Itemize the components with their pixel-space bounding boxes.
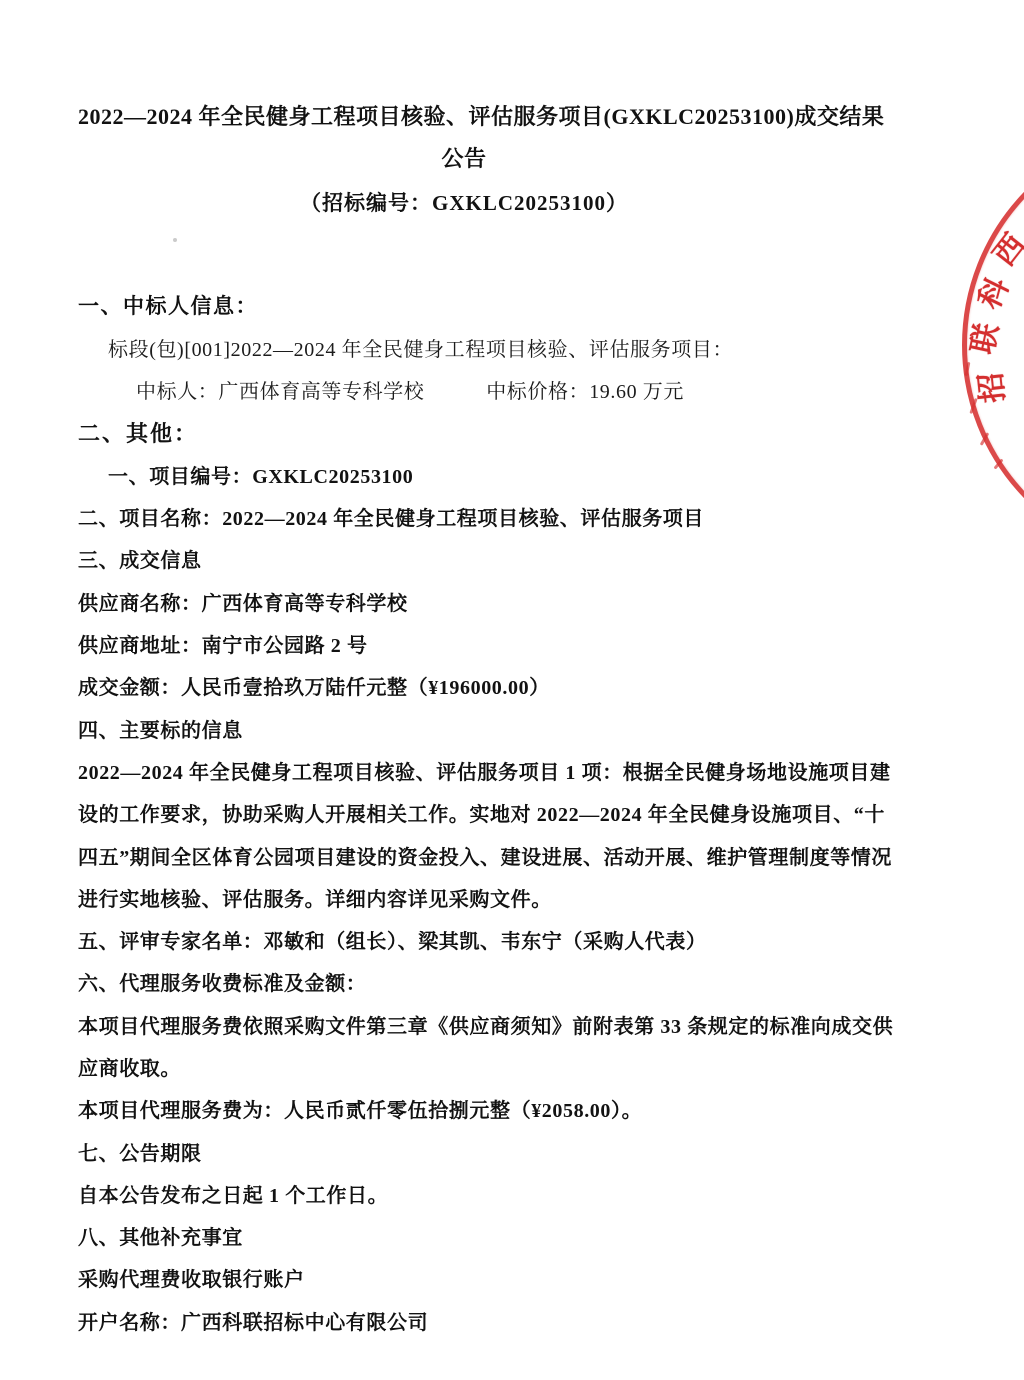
title-block: 2022—2024 年全民健身工程项目核验、评估服务项目(GXKLC202531… <box>78 96 850 224</box>
subject-matter-paragraph-line-2: 设的工作要求，协助采购人开展相关工作。实地对 2022—2024 年全民健身设施… <box>78 792 868 834</box>
subject-matter-paragraph-line-1: 2022—2024 年全民健身工程项目核验、评估服务项目 1 项：根据全民健身场… <box>78 749 868 791</box>
project-name-line: 二、项目名称：2022—2024 年全民健身工程项目核验、评估服务项目 <box>78 495 868 537</box>
subject-matter-paragraph-line-3: 四五”期间全区体育公园项目建设的资金投入、建设进展、活动开展、维护管理制度等情况 <box>78 834 868 876</box>
lot-package-line: 标段(包)[001]2022—2024 年全民健身工程项目核验、评估服务项目： <box>78 326 868 368</box>
document-body: 一、中标人信息： 标段(包)[001]2022—2024 年全民健身工程项目核验… <box>78 284 868 1341</box>
subject-matter-paragraph-line-4: 进行实地核验、评估服务。详细内容详见采购文件。 <box>78 876 868 918</box>
heading-subject-matter: 四、主要标的信息 <box>78 707 868 749</box>
seal-character: 招 <box>966 371 1013 405</box>
heading-transaction-info: 三、成交信息 <box>78 538 868 580</box>
agency-fee-basis-line-1: 本项目代理服务费依照采购文件第三章《供应商须知》前附表第 33 条规定的标准向成… <box>78 1003 868 1045</box>
agency-fee-amount-line: 本项目代理服务费为：人民币贰仟零伍拾捌元整（¥2058.00）。 <box>78 1088 868 1130</box>
review-experts-line: 五、评审专家名单：邓敏和（组长）、梁其凯、韦东宁（采购人代表） <box>78 918 868 960</box>
supplier-name-line: 供应商名称：广西体育高等专科学校 <box>78 580 868 622</box>
heading-other: 二、其他： <box>78 411 868 453</box>
project-number-line: 一、项目编号：GXKLC20253100 <box>78 453 868 495</box>
bank-account-title-line: 采购代理费收取银行账户 <box>78 1257 868 1299</box>
heading-agency-fee: 六、代理服务收费标准及金额： <box>78 961 868 1003</box>
supplier-address-line: 供应商地址：南宁市公园路 2 号 <box>78 622 868 664</box>
announcement-period-line: 自本公告发布之日起 1 个工作日。 <box>78 1172 868 1214</box>
page-title-line-1: 2022—2024 年全民健身工程项目核验、评估服务项目(GXKLC202531… <box>78 96 850 138</box>
heading-other-supplementary: 八、其他补充事宜 <box>78 1215 868 1257</box>
tender-number-line: （招标编号：GXKLC20253100） <box>78 182 850 224</box>
heading-announcement-period: 七、公告期限 <box>78 1130 868 1172</box>
page-title-line-2: 公告 <box>78 138 850 180</box>
transaction-amount-line: 成交金额：人民币壹拾玖万陆仟元整（¥196000.00） <box>78 665 868 707</box>
scan-speck <box>173 238 177 242</box>
document-page: 西 科 联 招 2022—2024 年全民健身工程项目核验、评估服务项目(GXK… <box>0 0 1024 1380</box>
account-name-line: 开户名称：广西科联招标中心有限公司 <box>78 1299 868 1341</box>
agency-fee-basis-line-2: 应商收取。 <box>78 1045 868 1087</box>
heading-winner-info: 一、中标人信息： <box>78 284 868 326</box>
winner-and-price-line: 中标人：广西体育高等专科学校 中标价格：19.60 万元 <box>78 369 868 411</box>
